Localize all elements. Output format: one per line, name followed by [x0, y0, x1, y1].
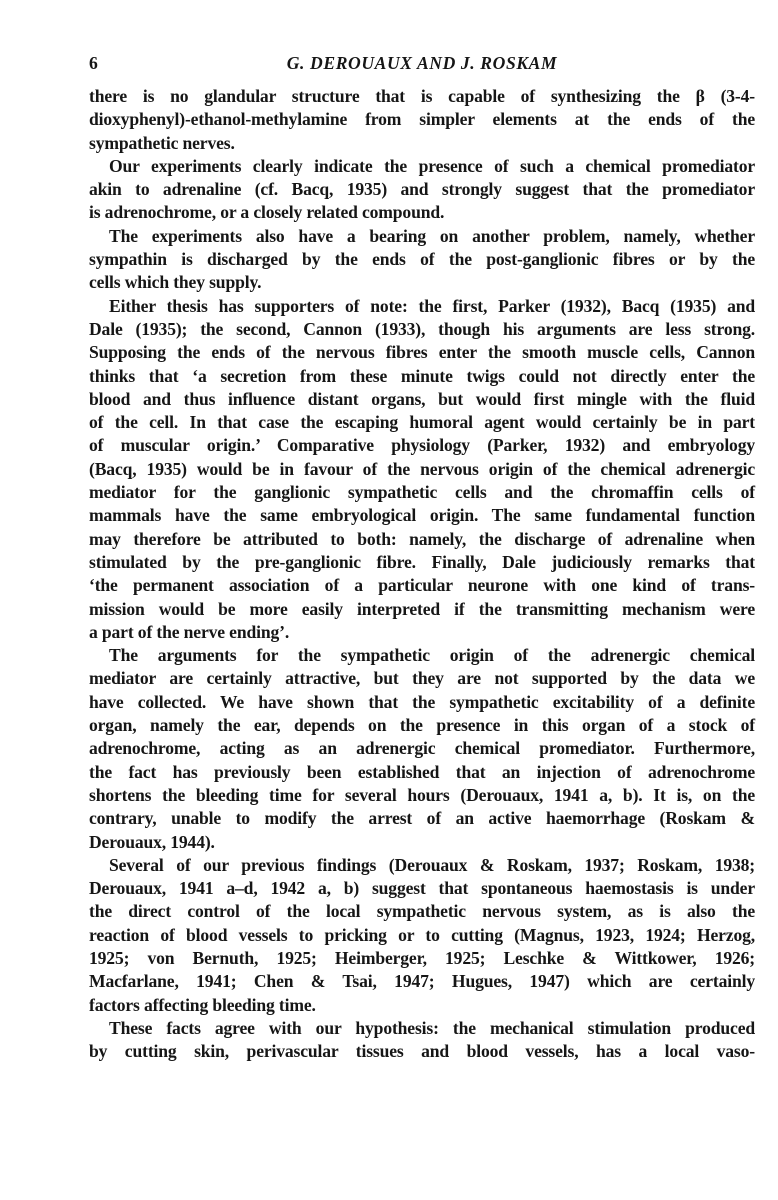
- text-line: These facts agree with our hypothesis: t…: [89, 1017, 755, 1040]
- text-line: Our experiments clearly indicate the pre…: [89, 155, 755, 178]
- text-line: stimulated by the pre-ganglionic fibre. …: [89, 551, 755, 574]
- running-header: 6 G. DEROUAUX AND J. ROSKAM: [89, 52, 755, 76]
- text-line: The arguments for the sympathetic origin…: [89, 644, 755, 667]
- text-line: (Bacq, 1935) would be in favour of the n…: [89, 458, 755, 481]
- text-line: Dale (1935); the second, Cannon (1933), …: [89, 318, 755, 341]
- text-line: adrenochrome, acting as an adrenergic ch…: [89, 737, 755, 760]
- text-line: ‘the permanent association of a particul…: [89, 574, 755, 597]
- text-line: sympathetic nerves.: [89, 132, 755, 155]
- text-line: reaction of blood vessels to pricking or…: [89, 924, 755, 947]
- text-line: thinks that ‘a secretion from these minu…: [89, 365, 755, 388]
- text-line: sympathin is discharged by the ends of t…: [89, 248, 755, 271]
- paragraph: These facts agree with our hypothesis: t…: [89, 1017, 755, 1064]
- text-line: 1925; von Bernuth, 1925; Heimberger, 192…: [89, 947, 755, 970]
- text-line: Supposing the ends of the nervous fibres…: [89, 341, 755, 364]
- text-line: may therefore be attributed to both: nam…: [89, 528, 755, 551]
- text-line: by cutting skin, perivascular tissues an…: [89, 1040, 755, 1063]
- paragraph: Several of our previous findings (Deroua…: [89, 854, 755, 1017]
- text-line: mission would be more easily interpreted…: [89, 598, 755, 621]
- text-line: The experiments also have a bearing on a…: [89, 225, 755, 248]
- text-line: factors affecting bleeding time.: [89, 994, 755, 1017]
- text-line: Macfarlane, 1941; Chen & Tsai, 1947; Hug…: [89, 970, 755, 993]
- text-line: contrary, unable to modify the arrest of…: [89, 807, 755, 830]
- text-line: there is no glandular structure that is …: [89, 85, 755, 108]
- text-line: mammals have the same embryological orig…: [89, 504, 755, 527]
- document-page: 6 G. DEROUAUX AND J. ROSKAM there is no …: [89, 52, 755, 1063]
- text-line: mediator are certainly attractive, but t…: [89, 667, 755, 690]
- text-line: cells which they supply.: [89, 271, 755, 294]
- text-line: shortens the bleeding time for several h…: [89, 784, 755, 807]
- body-text: there is no glandular structure that is …: [89, 85, 755, 1063]
- paragraph: The experiments also have a bearing on a…: [89, 225, 755, 295]
- text-line: the direct control of the local sympathe…: [89, 900, 755, 923]
- text-line: of muscular origin.’ Comparative physiol…: [89, 434, 755, 457]
- text-line: Derouaux, 1941 a–d, 1942 a, b) suggest t…: [89, 877, 755, 900]
- text-line: akin to adrenaline (cf. Bacq, 1935) and …: [89, 178, 755, 201]
- text-line: blood and thus influence distant organs,…: [89, 388, 755, 411]
- text-line: mediator for the ganglionic sympathetic …: [89, 481, 755, 504]
- text-line: have collected. We have shown that the s…: [89, 691, 755, 714]
- text-line: is adrenochrome, or a closely related co…: [89, 201, 755, 224]
- paragraph: Either thesis has supporters of note: th…: [89, 295, 755, 644]
- text-line: dioxyphenyl)-ethanol-methylamine from si…: [89, 108, 755, 131]
- text-line: the fact has previously been established…: [89, 761, 755, 784]
- paragraph: The arguments for the sympathetic origin…: [89, 644, 755, 854]
- text-line: Either thesis has supporters of note: th…: [89, 295, 755, 318]
- text-line: of the cell. In that case the escaping h…: [89, 411, 755, 434]
- text-line: Several of our previous findings (Deroua…: [89, 854, 755, 877]
- text-line: Derouaux, 1944).: [89, 831, 755, 854]
- running-title: G. DEROUAUX AND J. ROSKAM: [89, 52, 755, 75]
- text-line: organ, namely the ear, depends on the pr…: [89, 714, 755, 737]
- text-line: a part of the nerve ending’.: [89, 621, 755, 644]
- paragraph: Our experiments clearly indicate the pre…: [89, 155, 755, 225]
- paragraph: there is no glandular structure that is …: [89, 85, 755, 155]
